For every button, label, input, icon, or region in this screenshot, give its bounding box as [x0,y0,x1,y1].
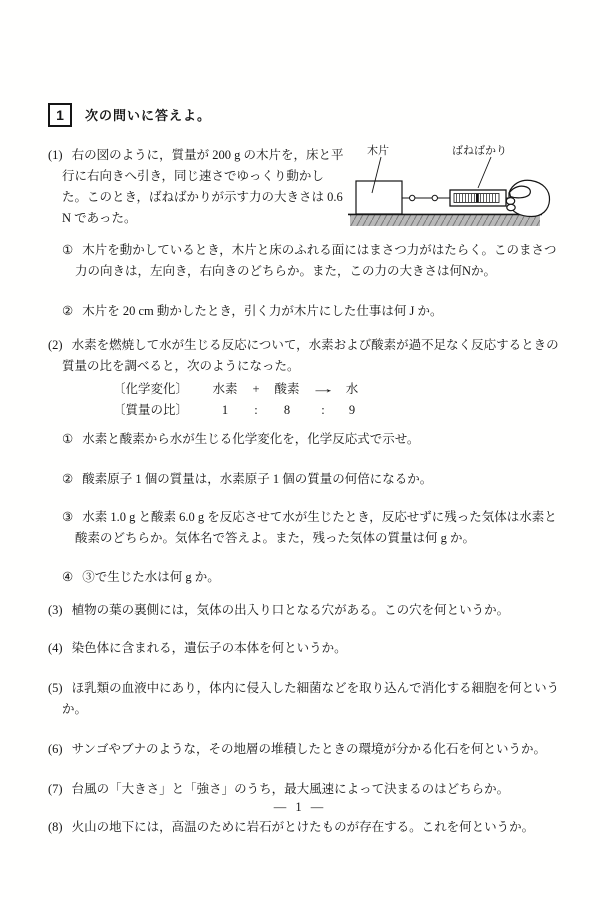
figure-block-and-spring-scale: 木片 ばねばかり [348,143,560,238]
question-2-sub-2: ②酸素原子 1 個の質量は，水素原子 1 個の質量の何倍になるか。 [62,469,560,490]
sub-text: 木片を動かしているとき，木片と床のふれる面にはまさつ力がはたらく。このまさつ力の… [75,243,556,278]
spring-scale-label: ばねばかり [452,144,507,157]
page-number: — 1 — [0,797,600,818]
ratio-hydrogen: 1 [205,400,245,421]
question-1-text: (1)右の図のように，質量が 200 g の木片を，床と平行に右向きへ引き，同じ… [48,145,348,229]
question-text: 染色体に含まれる，遺伝子の本体を何というか。 [72,641,347,655]
exam-page: 1 次の問いに答えよ。 (1)右の図のように，質量が 200 g の木片を，床と… [0,0,600,900]
sub-text: 水素と酸素から水が生じる化学変化を，化学反応式で示せ。 [82,432,419,446]
question-label: (4) [48,641,63,655]
question-label: (7) [48,782,63,796]
sub-text: ③で生じた水は何 g か。 [82,570,220,584]
sub-text: 水素 1.0 g と酸素 6.0 g を反応させて水が生じたとき，反応せずに残っ… [75,510,557,545]
ground-illustration [348,214,542,226]
question-2-body: 水素を燃焼して水が生じる反応について，水素および酸素が過不足なく反応するときの質… [62,338,559,373]
section-header: 1 次の問いに答えよ。 [48,103,560,127]
question-2-label: (2) [48,338,63,352]
question-label: (3) [48,603,63,617]
figure-svg: 木片 ばねばかり [348,143,560,231]
question-text: 植物の葉の裏側には，気体の出入り口となる穴がある。この穴を何というか。 [72,603,510,617]
ratio-colon: : [245,400,267,421]
wood-block-label: 木片 [367,143,389,157]
sub-text: 酸素原子 1 個の質量は，水素原子 1 個の質量の何倍になるか。 [82,472,432,486]
section-title: 次の問いに答えよ。 [85,105,211,126]
question-label: (6) [48,742,63,756]
question-6: (6)サンゴやブナのような，その地層の堆積したときの環境が分かる化石を何というか… [48,739,560,760]
reactant-oxygen: 酸素 [267,379,307,400]
question-text: 火山の地下には，高温のために岩石がとけたものが存在する。これを何というか。 [72,820,535,834]
plus-sign: + [245,379,267,400]
question-4: (4)染色体に含まれる，遺伝子の本体を何というか。 [48,638,560,659]
question-8: (8)火山の地下には，高温のために岩石がとけたものが存在する。これを何というか。 [48,817,560,838]
ratio-water: 9 [339,400,365,421]
spring-scale-leader-line [478,157,491,188]
ratio-oxygen: 8 [267,400,307,421]
question-2-sub-3: ③水素 1.0 g と酸素 6.0 g を反応させて水が生じたとき，反応せずに残… [62,507,560,549]
sub-number: ② [62,304,73,318]
sub-number: ① [62,243,73,257]
question-1-sub-2: ②木片を 20 cm 動かしたとき，引く力が木片にした仕事は何 J か。 [62,301,560,322]
question-2-sub-1: ①水素と酸素から水が生じる化学変化を，化学反応式で示せ。 [62,429,560,450]
question-1-sub-1: ①木片を動かしているとき，木片と床のふれる面にはまさつ力がはたらく。このまさつ力… [62,240,560,282]
question-5: (5)ほ乳類の血液中にあり，体内に侵入した細菌などを取り込んで消化する細胞を何と… [48,678,560,720]
question-text: サンゴやブナのような，その地層の堆積したときの環境が分かる化石を何というか。 [72,742,546,756]
sub-number: ① [62,432,73,446]
equation-row1-label: 〔化学変化〕 [113,379,205,400]
sub-text: 木片を 20 cm 動かしたとき，引く力が木片にした仕事は何 J か。 [82,304,442,318]
sub-number: ③ [62,510,73,524]
reaction-arrow: → [307,379,339,400]
spring-scale-illustration [450,190,506,206]
wood-block-illustration [356,181,402,214]
question-text: ほ乳類の血液中にあり，体内に侵入した細菌などを取り込んで消化する細胞を何というか… [62,681,559,716]
product-water: 水 [339,379,365,400]
equation-row2-label: 〔質量の比〕 [113,400,205,421]
question-1-body: 右の図のように，質量が 200 g の木片を，床と平行に右向きへ引き，同じ速さで… [62,148,343,225]
sub-number: ② [62,472,73,486]
question-2-sub-4: ④③で生じた水は何 g か。 [62,567,560,588]
question-label: (5) [48,681,63,695]
sub-number: ④ [62,570,73,584]
question-3: (3)植物の葉の裏側には，気体の出入り口となる穴がある。この穴を何というか。 [48,600,560,621]
hand-illustration [506,180,549,216]
ratio-colon: : [307,400,339,421]
question-number-box: 1 [48,103,72,127]
question-label: (8) [48,820,63,834]
reactant-hydrogen: 水素 [205,379,245,400]
chemical-equation: 〔化学変化〕 水素 + 酸素 → 水 〔質量の比〕 1 : 8 : 9 [113,379,560,421]
question-text: 台風の「大きさ」と「強さ」のうち，最大風速によって決まるのはどちらか。 [72,782,510,796]
question-1-label: (1) [48,148,63,162]
question-2: (2)水素を燃焼して水が生じる反応について，水素および酸素が過不足なく反応すると… [48,335,560,377]
question-1: (1)右の図のように，質量が 200 g の木片を，床と平行に右向きへ引き，同じ… [48,145,560,238]
